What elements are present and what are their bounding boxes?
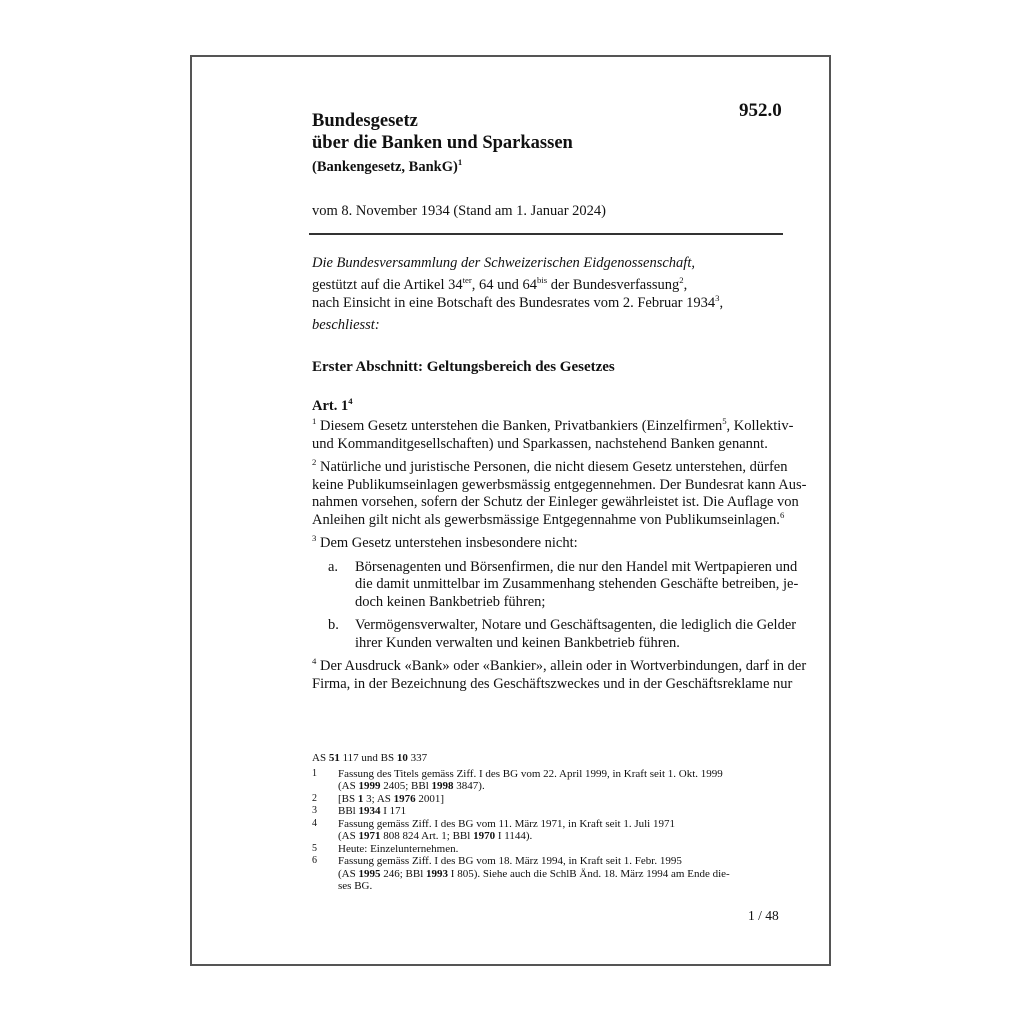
footnote-3: 3 BBl 1934 I 171	[312, 805, 782, 818]
preamble-consideration: nach Einsicht in eine Botschaft des Bund…	[312, 294, 792, 312]
source-text: 117 und BS	[340, 752, 397, 764]
preamble-resolves: beschliesst:	[312, 316, 792, 334]
footnote-text: (AS	[338, 780, 358, 792]
footnote-line: Heute: Einzelunternehmen.	[338, 843, 782, 856]
paragraph-line: 3 Dem Gesetz unterstehen insbesondere ni…	[312, 535, 782, 553]
source-volume: 10	[397, 752, 408, 764]
footnote-volume: 1999	[358, 780, 380, 792]
list-line: Börsenagenten und Börsenfirmen, die nur …	[355, 559, 782, 577]
list-line: die damit unmittelbar im Zusammenhang st…	[355, 576, 782, 594]
footnote-line: (AS 1971 808 824 Art. 1; BBl 1970 I 1144…	[338, 830, 782, 843]
paragraph-text: Natürliche und juristische Personen, die…	[316, 459, 787, 475]
footnote-number: 5	[312, 843, 317, 856]
footnote-text: 2405; BBl	[380, 780, 431, 792]
footnote-volume: 1993	[426, 868, 448, 880]
footnote-line: (AS 1999 2405; BBl 1998 3847).	[338, 780, 782, 793]
paragraph-text: , Kollektiv-	[727, 418, 794, 434]
source-text: 337	[408, 752, 427, 764]
footnote-volume: 1971	[358, 830, 380, 842]
title-line-1: Bundesgesetz	[312, 110, 573, 132]
footnote-line: Fassung gemäss Ziff. I des BG vom 11. Mä…	[338, 818, 782, 831]
footnote-number: 1	[312, 768, 317, 781]
footnote-1: 1 Fassung des Titels gemäss Ziff. I des …	[312, 768, 782, 793]
basis-text: gestützt auf die Artikel 34	[312, 277, 463, 293]
footnote-text: 2001]	[416, 793, 444, 805]
preamble-basis: gestützt auf die Artikel 34ter, 64 und 6…	[312, 276, 792, 294]
list-marker: b.	[328, 617, 339, 635]
paragraph-text: Der Ausdruck «Bank» oder «Bankier», alle…	[316, 658, 806, 674]
source-volume: 51	[329, 752, 340, 764]
sr-number: 952.0	[739, 100, 782, 122]
paragraph-line: keine Publikumseinlagen gewerbsmässig en…	[312, 477, 782, 495]
footnote-text: 246; BBl	[380, 868, 426, 880]
paragraph-line: 2 Natürliche und juristische Personen, d…	[312, 459, 782, 477]
footnote-volume: 1995	[358, 868, 380, 880]
footnote-5: 5 Heute: Einzelunternehmen.	[312, 843, 782, 856]
paragraph-3: 3 Dem Gesetz unterstehen insbesondere ni…	[312, 535, 782, 553]
date-line: vom 8. November 1934 (Stand am 1. Januar…	[312, 203, 606, 220]
paragraph-line: 4 Der Ausdruck «Bank» oder «Bankier», al…	[312, 658, 782, 676]
footnote-ref[interactable]: 1	[458, 157, 462, 167]
footnote-text: I 1144).	[495, 830, 532, 842]
document-subtitle: (Bankengesetz, BankG)1	[312, 159, 462, 176]
footnote-4: 4 Fassung gemäss Ziff. I des BG vom 11. …	[312, 818, 782, 843]
document-title: Bundesgesetz über die Banken und Sparkas…	[312, 110, 573, 154]
basis-text: der Bundesverfassung	[547, 277, 679, 293]
footnote-text: I 805). Siehe auch die SchlB Änd. 18. Mä…	[448, 868, 730, 880]
source-text: AS	[312, 752, 329, 764]
footnote-line: ses BG.	[338, 880, 782, 893]
paragraph-line: Firma, in der Bezeichnung des Geschäftsz…	[312, 676, 782, 694]
source-reference: AS 51 117 und BS 10 337	[312, 752, 782, 765]
footnote-text: BBl	[338, 805, 358, 817]
footnotes: AS 51 117 und BS 10 337 1 Fassung des Ti…	[312, 752, 782, 893]
paragraph-1: 1 Diesem Gesetz unterstehen die Banken, …	[312, 418, 782, 453]
consideration-text: ,	[719, 295, 723, 311]
basis-text: , 64 und 64	[472, 277, 537, 293]
horizontal-rule	[309, 233, 783, 235]
footnote-number: 3	[312, 805, 317, 818]
list-item-a: a. Börsenagenten und Börsenfirmen, die n…	[312, 559, 782, 612]
basis-superscript: bis	[537, 275, 547, 285]
paragraph-line: Anleihen gilt nicht als gewerbsmässige E…	[312, 512, 782, 530]
list-item-b: b. Vermögensverwalter, Notare und Geschä…	[312, 617, 782, 652]
footnote-line: [BS 1 3; AS 1976 2001]	[338, 793, 782, 806]
list-line: doch keinen Bankbetrieb führen;	[355, 594, 782, 612]
list-line: ihrer Kunden verwalten und keinen Bankbe…	[355, 635, 782, 653]
paragraph-line: nahmen vorsehen, sofern der Schutz der E…	[312, 494, 782, 512]
article-body: 1 Diesem Gesetz unterstehen die Banken, …	[312, 418, 782, 699]
footnote-volume: 1934	[358, 805, 380, 817]
consideration-text: nach Einsicht in eine Botschaft des Bund…	[312, 295, 715, 311]
title-line-2: über die Banken und Sparkassen	[312, 132, 573, 154]
paragraph-text: Anleihen gilt nicht als gewerbsmässige E…	[312, 512, 780, 528]
paragraph-line: und Kommanditgesellschaften) und Sparkas…	[312, 436, 782, 454]
footnote-6: 6 Fassung gemäss Ziff. I des BG vom 18. …	[312, 855, 782, 893]
footnote-volume: 1976	[394, 793, 416, 805]
preamble-authority: Die Bundesversammlung der Schweizerische…	[312, 254, 792, 272]
footnote-text: 3847).	[454, 780, 485, 792]
footnote-text: 808 824 Art. 1; BBl	[380, 830, 473, 842]
subtitle-text: (Bankengesetz, BankG)	[312, 159, 458, 175]
article-heading: Art. 14	[312, 398, 353, 415]
footnote-line: BBl 1934 I 171	[338, 805, 782, 818]
footnote-text: [BS	[338, 793, 358, 805]
footnote-volume: 1970	[473, 830, 495, 842]
paragraph-line: 1 Diesem Gesetz unterstehen die Banken, …	[312, 418, 782, 436]
footnote-volume: 1998	[432, 780, 454, 792]
footnote-text: (AS	[338, 868, 358, 880]
paragraph-2: 2 Natürliche und juristische Personen, d…	[312, 459, 782, 529]
footnote-text: 3; AS	[363, 793, 393, 805]
footnote-number: 2	[312, 793, 317, 806]
paragraph-4: 4 Der Ausdruck «Bank» oder «Bankier», al…	[312, 658, 782, 693]
section-heading: Erster Abschnitt: Geltungsbereich des Ge…	[312, 359, 615, 376]
footnote-line: Fassung gemäss Ziff. I des BG vom 18. Mä…	[338, 855, 782, 868]
footnote-text: (AS	[338, 830, 358, 842]
footnote-line: Fassung des Titels gemäss Ziff. I des BG…	[338, 768, 782, 781]
footnote-number: 6	[312, 855, 317, 868]
list-marker: a.	[328, 559, 338, 577]
footnote-text: I 171	[380, 805, 406, 817]
paragraph-text: Diesem Gesetz unterstehen die Banken, Pr…	[316, 418, 722, 434]
article-label: Art. 1	[312, 398, 348, 414]
footnote-number: 4	[312, 818, 317, 831]
basis-text: ,	[684, 277, 688, 293]
basis-superscript: ter	[463, 275, 472, 285]
footnote-ref[interactable]: 6	[780, 510, 784, 520]
footnote-ref[interactable]: 4	[348, 396, 352, 406]
list-line: Vermögensverwalter, Notare und Geschäfts…	[355, 617, 782, 635]
footnote-line: (AS 1995 246; BBl 1993 I 805). Siehe auc…	[338, 868, 782, 881]
paragraph-text: Dem Gesetz unterstehen insbesondere nich…	[316, 535, 577, 551]
footnote-2: 2 [BS 1 3; AS 1976 2001]	[312, 793, 782, 806]
preamble: Die Bundesversammlung der Schweizerische…	[312, 254, 792, 334]
page-number: 1 / 48	[748, 908, 779, 924]
